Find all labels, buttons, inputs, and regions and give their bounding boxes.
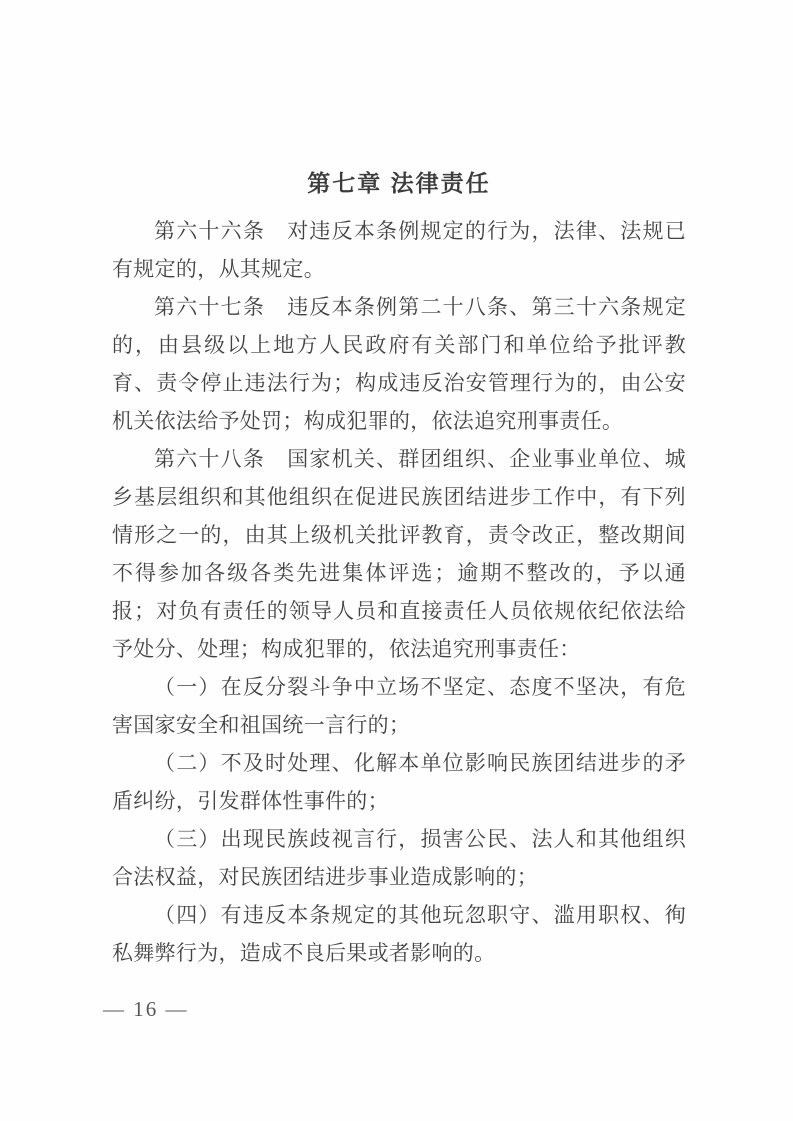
chapter-title: 第七章 法律责任 xyxy=(112,168,686,198)
article-68-item-3: （三）出现民族歧视言行，损害公民、法人和其他组织合法权益，对民族团结进步事业造成… xyxy=(112,820,686,896)
document-page: 第七章 法律责任 第六十六条 对违反本条例规定的行为，法律、法规已有规定的，从其… xyxy=(0,0,793,1121)
document-body: 第七章 法律责任 第六十六条 对违反本条例规定的行为，法律、法规已有规定的，从其… xyxy=(112,168,686,972)
article-67: 第六十七条 违反本条例第二十八条、第三十六条规定的，由县级以上地方人民政府有关部… xyxy=(112,288,686,440)
article-66: 第六十六条 对违反本条例规定的行为，法律、法规已有规定的，从其规定。 xyxy=(112,212,686,288)
article-68-item-4: （四）有违反本条规定的其他玩忽职守、滥用职权、徇私舞弊行为，造成不良后果或者影响… xyxy=(112,896,686,972)
article-68: 第六十八条 国家机关、群团组织、企业事业单位、城乡基层组织和其他组织在促进民族团… xyxy=(112,440,686,668)
article-68-item-1: （一）在反分裂斗争中立场不坚定、态度不坚决，有危害国家安全和祖国统一言行的； xyxy=(112,668,686,744)
article-68-item-2: （二）不及时处理、化解本单位影响民族团结进步的矛盾纠纷，引发群体性事件的； xyxy=(112,744,686,820)
page-number: — 16 — xyxy=(103,997,189,1022)
